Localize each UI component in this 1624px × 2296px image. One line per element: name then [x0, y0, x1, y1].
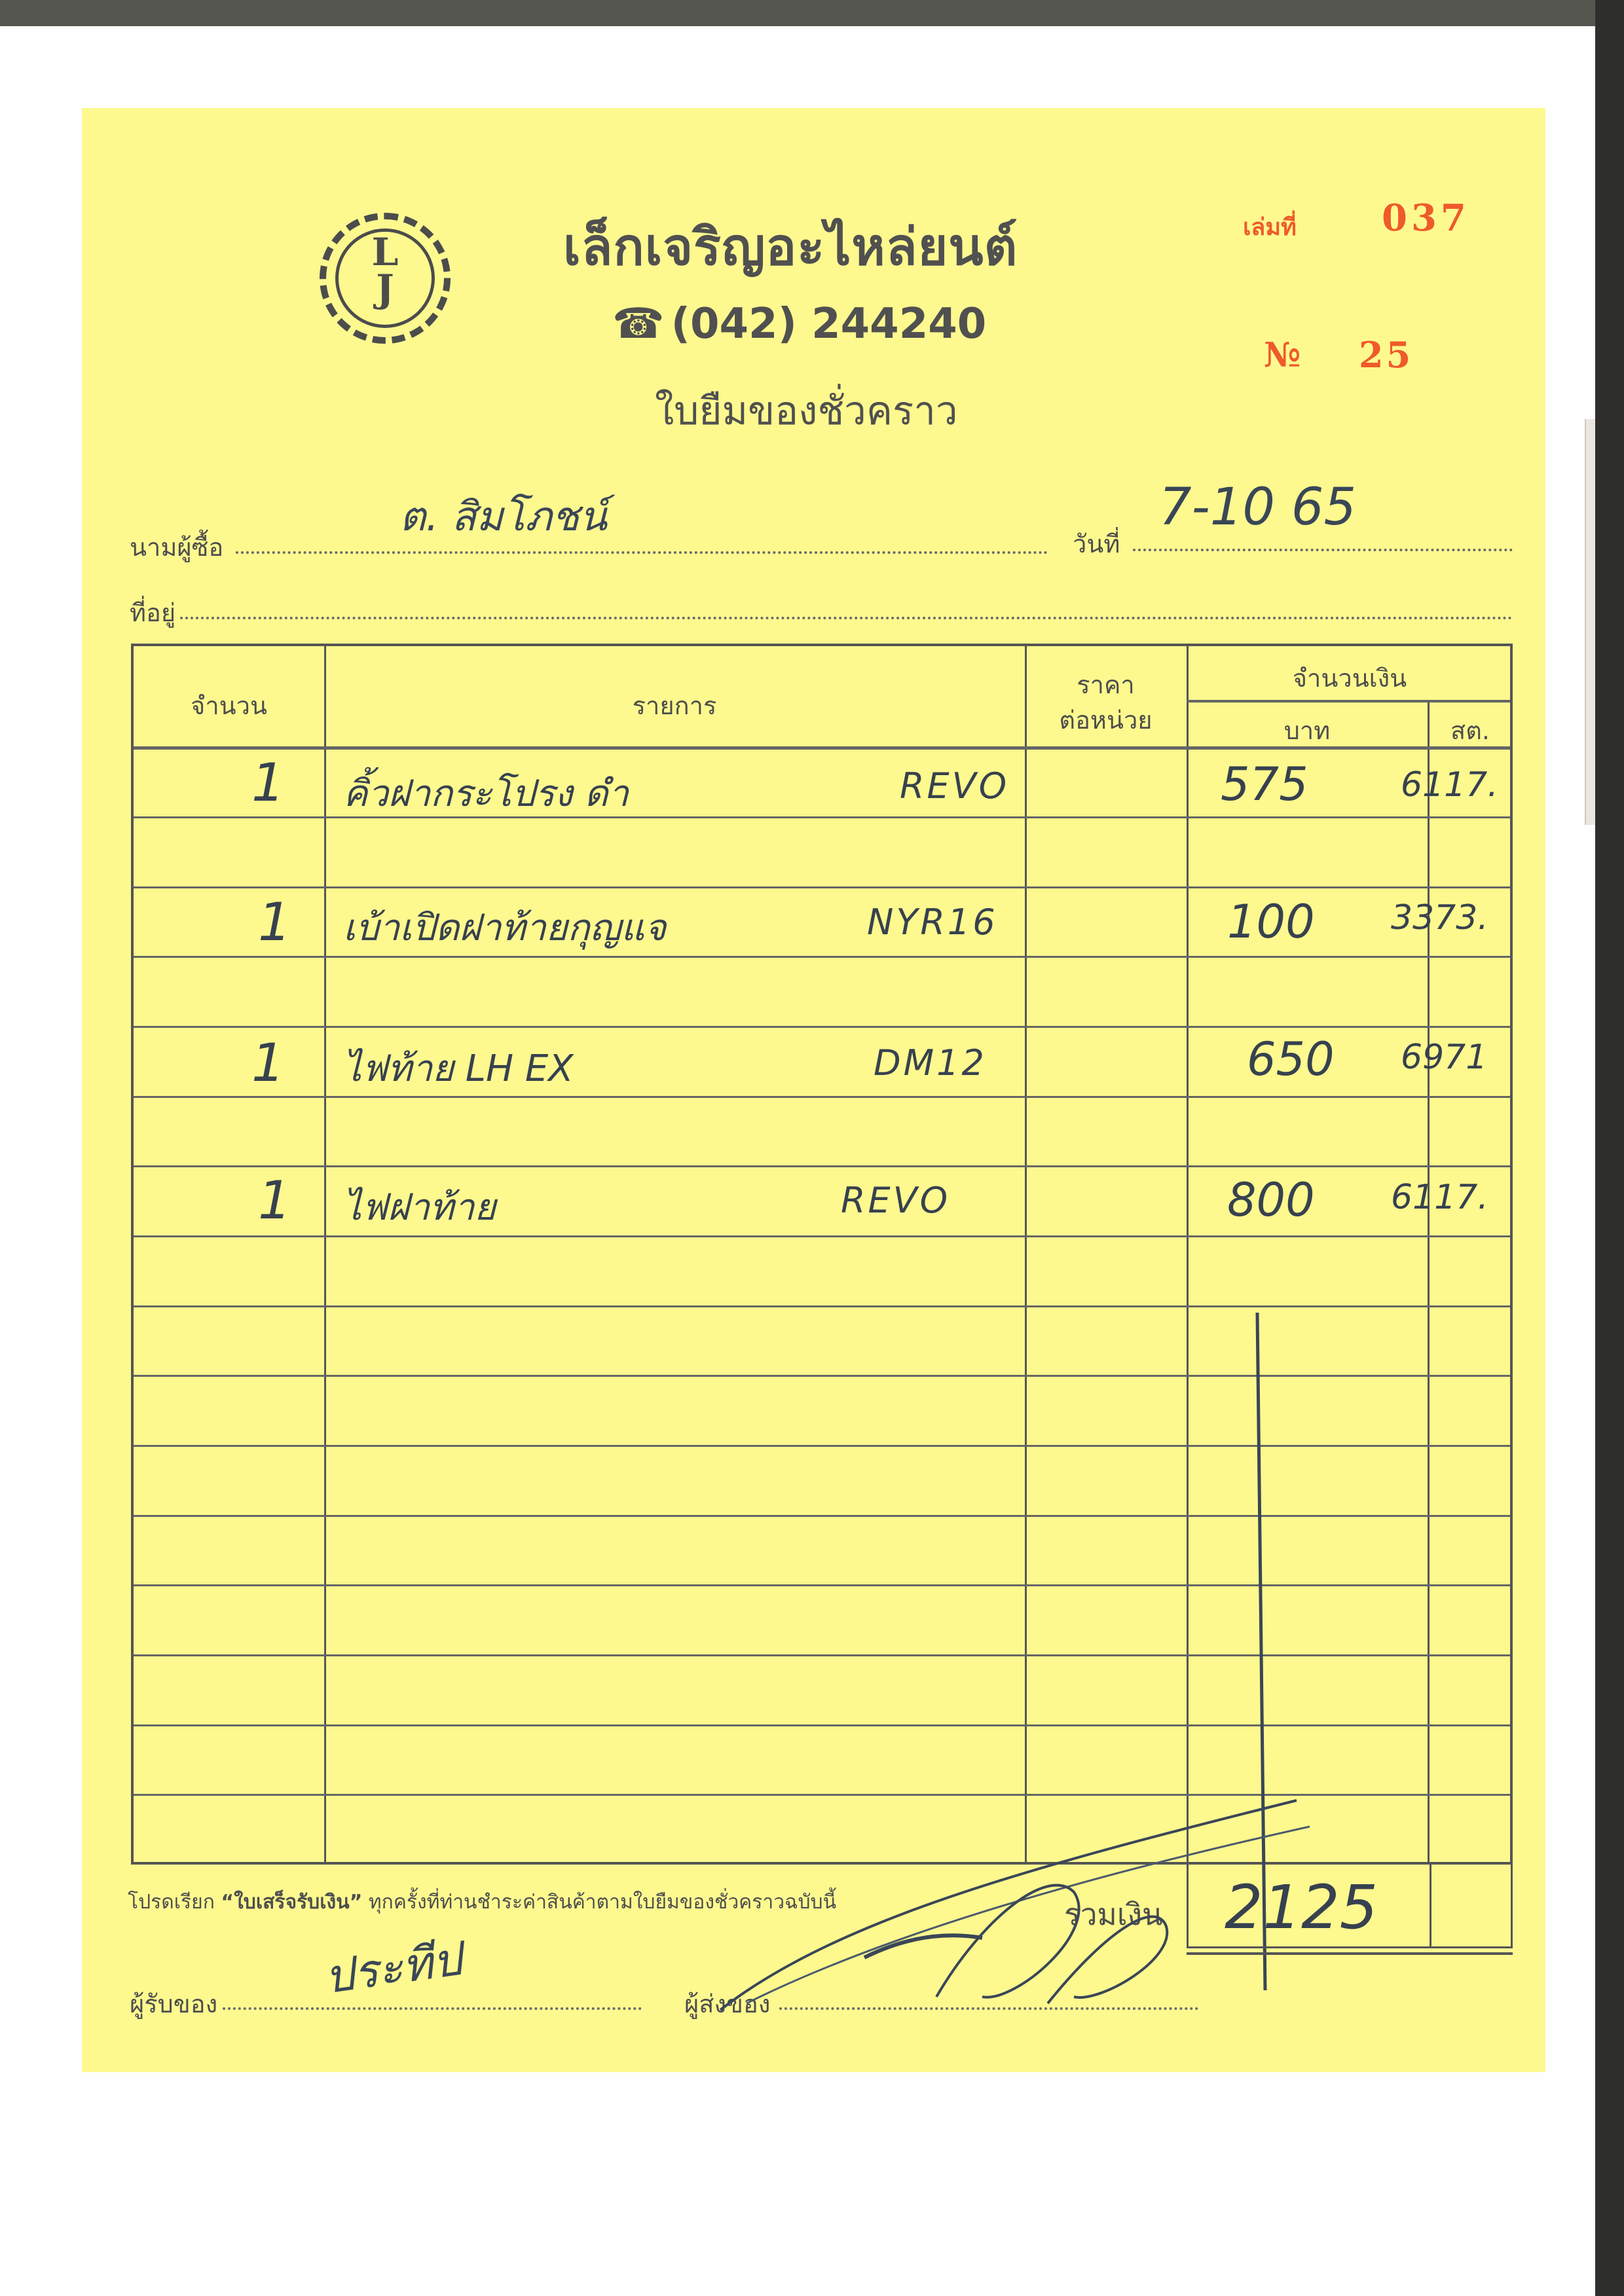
- row-qty[interactable]: 1: [258, 892, 291, 953]
- row-description[interactable]: ไฟฝาท้าย: [343, 1178, 496, 1236]
- header-unit-price-2: ต่อหน่วย: [1025, 700, 1187, 740]
- col-divider: [1187, 646, 1189, 1862]
- book-number: 037: [1382, 196, 1470, 240]
- row-line: [134, 1165, 1510, 1167]
- row-line: [134, 1724, 1510, 1726]
- row-line: [134, 1515, 1510, 1517]
- row-description[interactable]: เบ้าเปิดฝาท้ายกุญแจ: [343, 898, 666, 957]
- col-divider: [324, 646, 326, 1862]
- receiver-label: ผู้รับของ: [130, 1984, 217, 2024]
- sender-signature[interactable]: [707, 1787, 1329, 2023]
- sheet-fold-edge: [1585, 419, 1595, 825]
- items-table: จำนวน รายการ ราคา ต่อหน่วย จำนวนเงิน บาท…: [131, 644, 1513, 1865]
- row-model[interactable]: NYR16: [867, 902, 998, 943]
- header-description: รายการ: [324, 685, 1025, 725]
- row-code-note: 6117.: [1401, 765, 1498, 805]
- header-satang: สต.: [1428, 710, 1513, 750]
- row-baht[interactable]: 650: [1247, 1032, 1335, 1086]
- number-label: №: [1264, 335, 1301, 375]
- buyer-label: นามผู้ซื้อ: [130, 527, 223, 567]
- receiver-line: [223, 2007, 642, 2010]
- buyer-line: [236, 551, 1048, 554]
- header-baht: บาท: [1187, 710, 1428, 750]
- row-baht[interactable]: 800: [1227, 1173, 1315, 1227]
- address-line: [180, 617, 1513, 619]
- row-line: [134, 1445, 1510, 1447]
- shop-name: เล็กเจริญอะไหล่ยนต์: [563, 206, 1018, 287]
- row-code-note: 3373.: [1391, 898, 1488, 938]
- col-divider: [1428, 702, 1430, 1862]
- row-line: [134, 1584, 1510, 1586]
- row-model[interactable]: REVO: [841, 1180, 950, 1221]
- header-split: [1187, 700, 1510, 702]
- row-model[interactable]: REVO: [900, 765, 1009, 807]
- book-label: เล่มที่: [1243, 208, 1297, 246]
- row-line: [134, 1235, 1510, 1237]
- shop-phone: ☎(042) 244240: [612, 300, 986, 348]
- row-description[interactable]: คิ้วฝากระโปรง ดำ: [343, 764, 629, 822]
- header-qty: จำนวน: [134, 685, 324, 725]
- header-unit-price-1: ราคา: [1025, 665, 1187, 704]
- date-label: วันที่: [1073, 524, 1120, 564]
- receipt-number: 25: [1359, 334, 1413, 376]
- col-divider: [1025, 646, 1027, 1862]
- row-baht[interactable]: 575: [1221, 757, 1308, 811]
- logo-lj-icon: LJ: [326, 234, 444, 307]
- company-logo: LJ: [320, 213, 451, 344]
- telephone-icon: ☎: [612, 300, 665, 348]
- row-baht[interactable]: 100: [1227, 895, 1315, 949]
- row-description[interactable]: ไฟท้าย LH EX: [343, 1039, 574, 1097]
- row-line: [134, 1375, 1510, 1377]
- row-qty[interactable]: 1: [258, 1170, 291, 1231]
- row-line: [134, 1654, 1510, 1656]
- header-amount: จำนวนเงิน: [1187, 658, 1513, 698]
- phone-number: (042) 244240: [671, 300, 987, 348]
- row-code-note: 6971: [1401, 1038, 1487, 1077]
- address-label: ที่อยู่: [130, 592, 175, 632]
- row-line: [134, 1096, 1510, 1098]
- date-field[interactable]: 7-10 65: [1159, 478, 1356, 537]
- scanner-edge-top: [0, 0, 1624, 26]
- row-line: [134, 956, 1510, 958]
- date-line: [1133, 549, 1513, 551]
- row-model[interactable]: DM12: [874, 1042, 987, 1084]
- scanner-edge-right: [1595, 0, 1624, 2296]
- total-satang-divider: [1430, 1865, 1431, 1946]
- row-qty[interactable]: 1: [251, 752, 285, 813]
- document-title: ใบยืมของชั่วคราว: [655, 380, 958, 442]
- buyer-name-field[interactable]: ต. สิมโภชน์: [399, 484, 607, 549]
- row-line: [134, 886, 1510, 888]
- row-line: [134, 1026, 1510, 1028]
- row-line: [134, 816, 1510, 818]
- row-line: [134, 1305, 1510, 1307]
- row-code-note: 6117.: [1391, 1178, 1488, 1217]
- row-qty[interactable]: 1: [251, 1032, 285, 1093]
